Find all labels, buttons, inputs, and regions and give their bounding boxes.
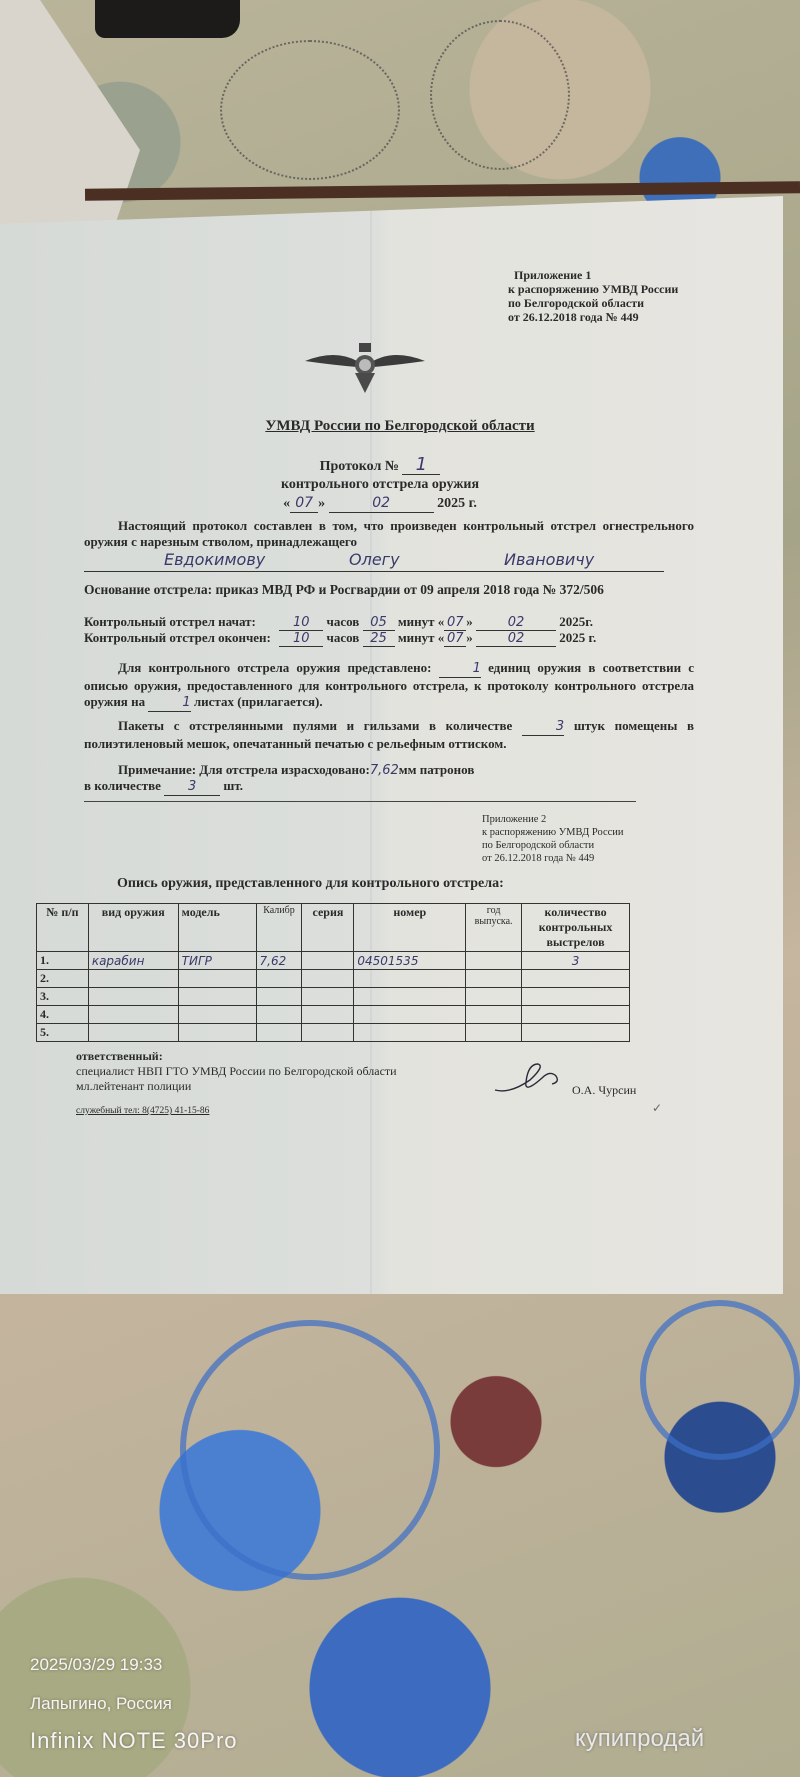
start-hours: 10	[279, 615, 323, 631]
start-month: 02	[476, 615, 556, 631]
column-header: № п/п	[37, 904, 89, 952]
service-phone: служебный тел: 8(4725) 41-15-86	[76, 1106, 209, 1116]
responsible-position: специалист НВП ГТО УМВД России по Белгор…	[76, 1064, 397, 1079]
table-cell	[466, 952, 522, 970]
start-time-row: Контрольный отстрел начат: 10 часов 05 м…	[84, 614, 593, 631]
table-cell	[178, 970, 256, 988]
table-cell	[302, 970, 354, 988]
row-number-cell: 2.	[37, 970, 89, 988]
note-text: шт.	[223, 778, 243, 793]
organization-title: УМВД России по Белгородской области	[0, 418, 800, 435]
table-cell	[88, 1024, 178, 1042]
protocol-number: 1	[402, 456, 440, 475]
table-header-row: № п/п вид оружия модель Калибр серия ном…	[37, 904, 630, 952]
quote-close: »	[466, 630, 473, 645]
table-cell	[178, 988, 256, 1006]
weapon-inventory-table: № п/п вид оружия модель Калибр серия ном…	[36, 903, 630, 1042]
minutes-label: минут «	[398, 614, 444, 629]
site-watermark: купипродай	[575, 1725, 704, 1753]
table-row: 4.	[37, 1006, 630, 1024]
table-cell	[354, 1024, 466, 1042]
hours-label: часов	[327, 614, 360, 629]
table-row: 3.	[37, 988, 630, 1006]
minutes-label: минут «	[398, 630, 444, 645]
column-header: модель	[178, 904, 256, 952]
table-cell	[522, 970, 630, 988]
appendix-title: Приложение 2	[482, 813, 624, 826]
protocol-label: Протокол №	[320, 459, 399, 474]
packages-paragraph: Пакеты с отстрелянными пулями и гильзами…	[84, 718, 694, 752]
column-header: вид оружия	[88, 904, 178, 952]
table-cell	[256, 970, 302, 988]
note-text: мм патронов	[399, 762, 475, 777]
fabric-pattern	[180, 1320, 440, 1580]
table-cell	[522, 1006, 630, 1024]
presented-text: листах (прилагается).	[194, 694, 323, 709]
table-cell	[178, 1006, 256, 1024]
row-number-cell: 5.	[37, 1024, 89, 1042]
table-cell	[302, 988, 354, 1006]
protocol-document: Приложение 1 к распоряжению УМВД России …	[0, 196, 783, 1294]
appendix-1-header: Приложение 1 к распоряжению УМВД России …	[508, 268, 678, 324]
table-cell	[354, 988, 466, 1006]
table-cell	[88, 1006, 178, 1024]
appendix-line: к распоряжению УМВД России	[508, 282, 678, 296]
note-count: 3	[164, 779, 220, 796]
packages-text: Пакеты с отстрелянными пулями и гильзами…	[118, 718, 512, 733]
note-count-line: в количестве 3 шт.	[84, 778, 694, 796]
appendix-line: по Белгородской области	[482, 839, 624, 852]
table-row: 2.	[37, 970, 630, 988]
photo-location: Лапыгино, Россия	[30, 1694, 172, 1714]
table-cell: карабин	[88, 952, 178, 970]
column-header: серия	[302, 904, 354, 952]
start-year: 2025г.	[559, 614, 593, 629]
appendix-line: по Белгородской области	[508, 296, 678, 310]
table-cell: 7,62	[256, 952, 302, 970]
column-header: Калибр	[256, 904, 302, 952]
row-number-cell: 3.	[37, 988, 89, 1006]
divider	[84, 801, 636, 802]
signature-icon	[490, 1058, 570, 1098]
table-cell: 3	[522, 952, 630, 970]
responsible-block: ответственный: специалист НВП ГТО УМВД Р…	[76, 1049, 397, 1094]
row-number-cell: 1.	[37, 952, 89, 970]
background-dark-object	[95, 0, 240, 38]
camera-device-label: Infinix NOTE 30Pro	[30, 1728, 238, 1754]
table-cell	[256, 1024, 302, 1042]
signer-name: О.А. Чурсин	[572, 1083, 636, 1098]
protocol-subtitle: контрольного отстрела оружия	[0, 476, 760, 494]
appendix-2-header: Приложение 2 к распоряжению УМВД России …	[482, 813, 624, 865]
inventory-title: Опись оружия, представленного для контро…	[117, 876, 504, 892]
table-cell	[466, 1006, 522, 1024]
appendix-line: от 26.12.2018 года № 449	[482, 852, 624, 865]
table-cell	[302, 1024, 354, 1042]
end-time-row: Контрольный отстрел окончен: 10 часов 25…	[84, 630, 596, 647]
responsible-rank: мл.лейтенант полиции	[76, 1079, 397, 1094]
column-header: номер	[354, 904, 466, 952]
owner-patronymic: Ивановичу	[504, 550, 594, 569]
responsible-label: ответственный:	[76, 1049, 163, 1063]
table-row: 5.	[37, 1024, 630, 1042]
start-minutes: 05	[363, 615, 395, 631]
owner-first-name: Олегу	[349, 550, 400, 569]
appendix-line: от 26.12.2018 года № 449	[508, 310, 678, 324]
end-year: 2025 г.	[559, 630, 596, 645]
start-label: Контрольный отстрел начат:	[84, 614, 276, 630]
protocol-month: 02	[329, 494, 434, 513]
end-minutes: 25	[363, 631, 395, 647]
presented-paragraph: Для контрольного отстрела оружия предста…	[84, 660, 694, 712]
packages-count: 3	[522, 719, 564, 736]
table-cell: 04501535	[354, 952, 466, 970]
appendix-line: к распоряжению УМВД России	[482, 826, 624, 839]
table-cell	[522, 988, 630, 1006]
photo-timestamp: 2025/03/29 19:33	[30, 1655, 162, 1675]
fabric-pattern	[640, 1300, 800, 1460]
presented-text: Для контрольного отстрела оружия предста…	[118, 660, 431, 675]
table-cell	[256, 1006, 302, 1024]
end-label: Контрольный отстрел окончен:	[84, 630, 276, 646]
mvd-eagle-emblem-icon	[305, 331, 425, 401]
checkmark-icon: ✓	[652, 1101, 662, 1116]
fabric-pattern	[220, 40, 400, 180]
fabric-pattern	[430, 20, 570, 170]
table-cell	[354, 970, 466, 988]
end-day: 07	[444, 631, 466, 647]
protocol-heading: Протокол № 1 контрольного отстрела оружи…	[0, 456, 760, 513]
table-cell	[302, 952, 354, 970]
row-number-cell: 4.	[37, 1006, 89, 1024]
end-month: 02	[476, 631, 556, 647]
table-row: 1.карабинТИГР7,62045015353	[37, 952, 630, 970]
protocol-year: 2025 г.	[437, 496, 477, 511]
basis-line: Основание отстрела: приказ МВД РФ и Росг…	[84, 582, 694, 598]
table-cell	[466, 988, 522, 1006]
table-cell	[522, 1024, 630, 1042]
note-text: Примечание: Для отстрела израсходовано:	[118, 762, 370, 777]
protocol-day: 07	[290, 494, 318, 513]
background-fabric-edge	[85, 181, 800, 200]
note-caliber: 7,62	[370, 763, 399, 778]
quote-close: »	[466, 614, 473, 629]
table-cell	[178, 1024, 256, 1042]
column-header: количество контрольных выстрелов	[522, 904, 630, 952]
table-cell	[256, 988, 302, 1006]
hours-label: часов	[327, 630, 360, 645]
intro-paragraph: Настоящий протокол составлен в том, что …	[84, 518, 694, 550]
table-cell: ТИГР	[178, 952, 256, 970]
owner-name-line: Евдокимову Олегу Ивановичу	[84, 550, 664, 572]
table-cell	[466, 970, 522, 988]
table-cell	[354, 1006, 466, 1024]
table-cell	[466, 1024, 522, 1042]
end-hours: 10	[279, 631, 323, 647]
owner-surname: Евдокимову	[164, 550, 265, 569]
table-cell	[88, 988, 178, 1006]
start-day: 07	[444, 615, 466, 631]
presented-sheets: 1	[148, 695, 190, 712]
appendix-title: Приложение 1	[508, 268, 678, 282]
column-header: год выпуска.	[466, 904, 522, 952]
note-paragraph: Примечание: Для отстрела израсходовано:7…	[84, 762, 694, 779]
presented-count: 1	[439, 661, 481, 678]
note-text: в количестве	[84, 778, 161, 793]
table-cell	[302, 1006, 354, 1024]
table-cell	[88, 970, 178, 988]
